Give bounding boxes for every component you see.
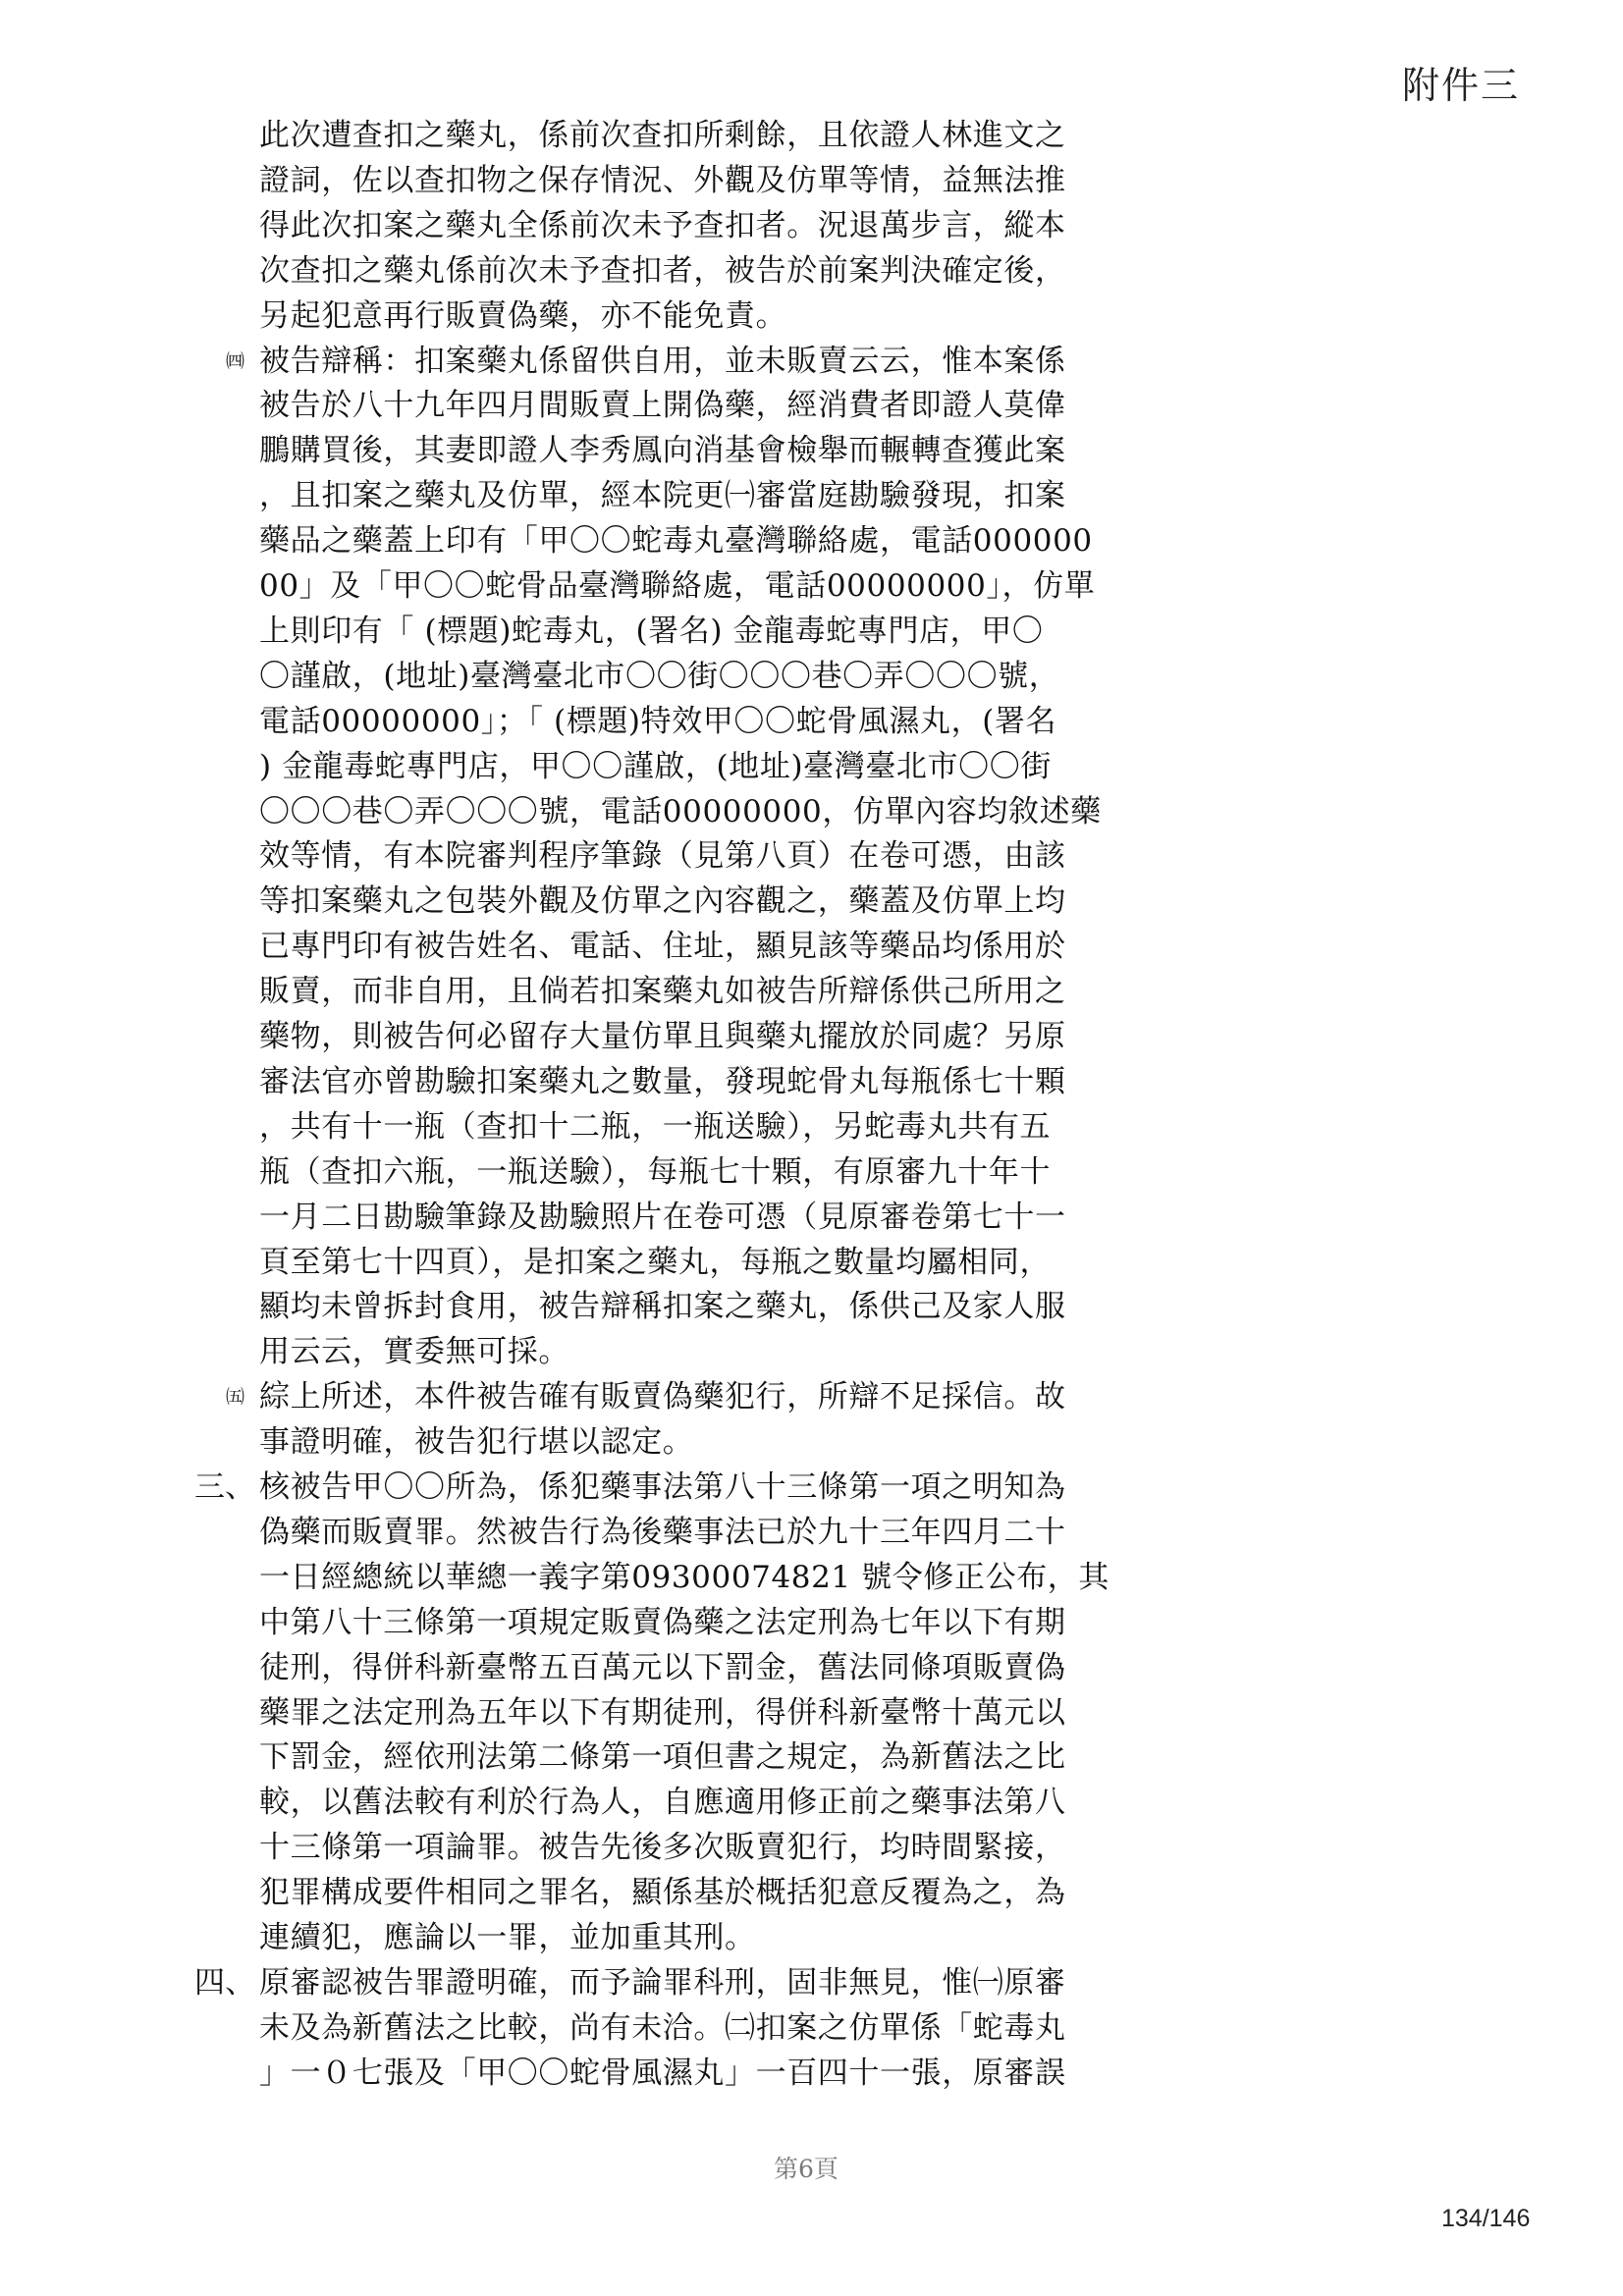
text-line: 效等情，有本院審判程序筆錄（見第八頁）在卷可憑，由該: [259, 833, 1066, 879]
text-line: 中第八十三條第一項規定販賣偽藥之法定刑為七年以下有期: [259, 1600, 1066, 1645]
text-line: 」一０七張及「甲〇〇蛇骨風濕丸」一百四十一張，原審誤: [259, 2051, 1066, 2096]
text-line: 瓶（查扣六瓶，一瓶送驗），每瓶七十顆，有原審九十年十: [259, 1149, 1051, 1195]
text-line: 〇〇〇巷〇弄〇〇〇號，電話00000000，仿單內容均敘述藥: [259, 789, 1102, 834]
text-line: 得此次扣案之藥丸全係前次未予查扣者。況退萬步言，縱本: [259, 203, 1066, 248]
text-line: 十三條第一項論罪。被告先後多次販賣犯行，均時間緊接，: [259, 1825, 1066, 1870]
text-line: 徒刑，得併科新臺幣五百萬元以下罰金，舊法同條項販賣偽: [259, 1645, 1066, 1690]
subsection-number: ㈣: [226, 339, 244, 384]
text-line: 藥罪之法定刑為五年以下有期徒刑，得併科新臺幣十萬元以: [259, 1690, 1066, 1735]
text-line: ，共有十一瓶（查扣十二瓶，一瓶送驗），另蛇毒丸共有五: [259, 1104, 1051, 1149]
text-line: 00」及「甲〇〇蛇骨品臺灣聯絡處，電話00000000」，仿單: [259, 563, 1095, 609]
section-number: 三、: [194, 1465, 255, 1510]
text-line: 次查扣之藥丸係前次未予查扣者，被告於前案判決確定後，: [259, 248, 1066, 294]
text-line: 事證明確，被告犯行堪以認定。: [259, 1419, 693, 1465]
subsection-number: ㈤: [226, 1374, 244, 1419]
text-line: 較，以舊法較有利於行為人，自應適用修正前之藥事法第八: [259, 1780, 1066, 1825]
page-count: 134/146: [1441, 2205, 1530, 2233]
text-line: 藥物，則被告何必留存大量仿單且與藥丸擺放於同處？另原: [259, 1014, 1066, 1059]
page-number-label: 第6頁: [774, 2150, 839, 2185]
text-line: 被告辯稱：扣案藥丸係留供自用，並未販賣云云，惟本案係: [259, 339, 1066, 384]
text-line: ) 金龍毒蛇專門店，甲〇〇謹啟，(地址)臺灣臺北市〇〇街: [259, 744, 1052, 789]
text-line: 下罰金，經依刑法第二條第一項但書之規定，為新舊法之比: [259, 1735, 1066, 1780]
text-line: 藥品之藥蓋上印有「甲〇〇蛇毒丸臺灣聯絡處，電話000000: [259, 518, 1093, 563]
text-line: 犯罪構成要件相同之罪名，顯係基於概括犯意反覆為之，為: [259, 1870, 1066, 1915]
section-number: 四、: [194, 1960, 255, 2005]
text-line: 綜上所述，本件被告確有販賣偽藥犯行，所辯不足採信。故: [259, 1374, 1066, 1419]
text-line: 原審認被告罪證明確，而予論罪科刑，固非無見，惟㈠原審: [259, 1960, 1066, 2005]
text-line: 鵬購買後，其妻即證人李秀鳳向消基會檢舉而輾轉查獲此案: [259, 428, 1066, 473]
text-line: 另起犯意再行販賣偽藥，亦不能免責。: [259, 294, 786, 339]
text-line: 頁至第七十四頁），是扣案之藥丸，每瓶之數量均屬相同，: [259, 1240, 1051, 1285]
text-line: 被告於八十九年四月間販賣上開偽藥，經消費者即證人莫偉: [259, 383, 1066, 428]
text-line: 證詞，佐以查扣物之保存情況、外觀及仿單等情，益無法推: [259, 158, 1066, 203]
text-line: 審法官亦曾勘驗扣案藥丸之數量，發現蛇骨丸每瓶係七十顆: [259, 1059, 1066, 1104]
text-line: 一日經總統以華總一義字第09300074821 號令修正公布，其: [259, 1555, 1109, 1600]
text-line: 電話00000000」；「 (標題)特效甲〇〇蛇骨風濕丸，(署名: [259, 699, 1056, 744]
text-line: ，且扣案之藥丸及仿單，經本院更㈠審當庭勘驗發現，扣案: [259, 473, 1066, 518]
text-line: 核被告甲〇〇所為，係犯藥事法第八十三條第一項之明知為: [259, 1465, 1066, 1510]
text-line: 〇謹啟，(地址)臺灣臺北市〇〇街〇〇〇巷〇弄〇〇〇號，: [259, 654, 1059, 699]
text-line: 偽藥而販賣罪。然被告行為後藥事法已於九十三年四月二十: [259, 1510, 1066, 1555]
text-line: 顯均未曾拆封食用，被告辯稱扣案之藥丸，係供己及家人服: [259, 1284, 1066, 1329]
attachment-label: 附件三: [1402, 55, 1520, 109]
text-line: 販賣，而非自用，且倘若扣案藥丸如被告所辯係供己所用之: [259, 969, 1066, 1014]
text-line: 未及為新舊法之比較，尚有未洽。㈡扣案之仿單係「蛇毒丸: [259, 2005, 1066, 2051]
text-line: 已專門印有被告姓名、電話、住址，顯見該等藥品均係用於: [259, 924, 1066, 969]
text-line: 等扣案藥丸之包裝外觀及仿單之內容觀之，藥蓋及仿單上均: [259, 879, 1066, 924]
text-line: 一月二日勘驗筆錄及勘驗照片在卷可憑（見原審卷第七十一: [259, 1195, 1066, 1240]
text-line: 上則印有「 (標題)蛇毒丸，(署名) 金龍毒蛇專門店，甲〇: [259, 609, 1043, 654]
text-line: 此次遭查扣之藥丸，係前次查扣所剩餘，且依證人林進文之: [259, 113, 1066, 158]
text-line: 用云云，實委無可採。: [259, 1329, 569, 1374]
text-line: 連續犯，應論以一罪，並加重其刑。: [259, 1915, 756, 1960]
